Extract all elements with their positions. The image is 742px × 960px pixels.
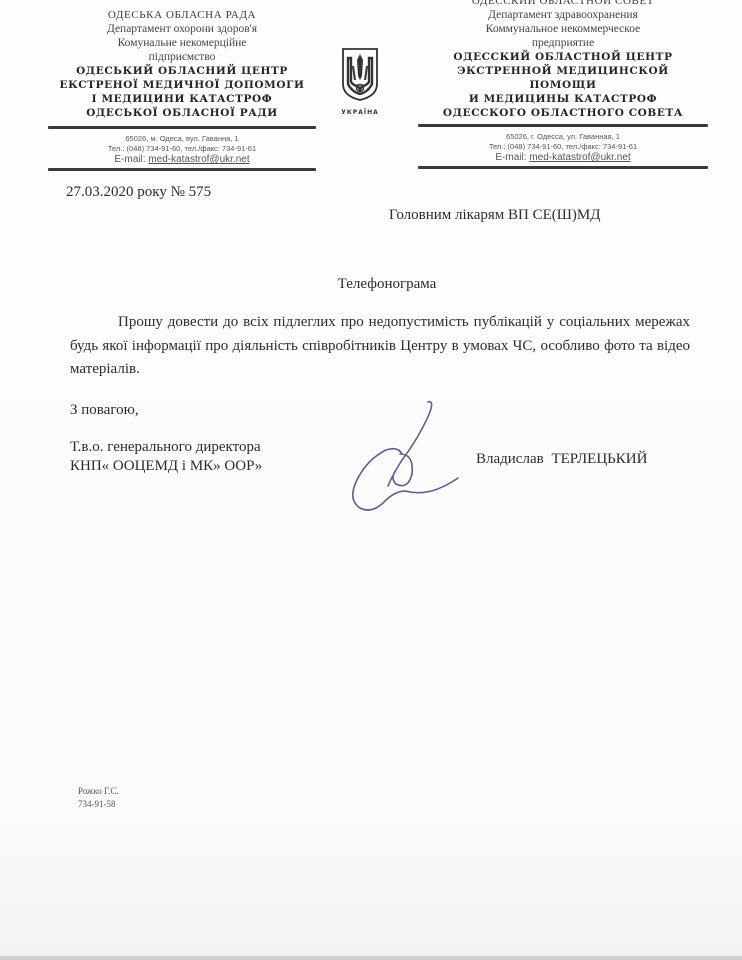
trident-coat-of-arms-icon [340,46,380,102]
department-name-ru: Департамент здравоохранения [418,8,708,22]
page-bottom-edge [0,956,742,960]
org-name-ru-line-5: ОДЕССКОГО ОБЛАСТНОГО СОВЕТА [418,106,708,120]
document-page: ОДЕСЬКА ОБЛАСНА РАДА Департамент охорони… [0,0,742,960]
executor-phone: 734-91-58 [78,798,119,811]
addressee: Головним лікарям ВП СЕ(Ш)МД [389,207,600,224]
email-line-ru: E-mail: med-katastrof@ukr.net [418,152,708,164]
org-name-line-4: ОДЕСЬКОЇ ОБЛАСНОЇ РАДИ [48,106,316,120]
org-name-line-1: ОДЕСЬКИЙ ОБЛАСНИЙ ЦЕНТР [48,64,316,78]
letterhead-divider [418,124,708,127]
email-line: E-mail: med-katastrof@ukr.net [48,154,316,166]
emblem-label: УКРАЇНА [336,109,384,116]
email-label: E-mail: [495,152,526,163]
date-number: 27.03.2020 року № 575 [66,184,211,201]
phone-ru: Тел.: (048) 734-91-60, тел./факс: 734-91… [418,142,708,152]
org-name-line-2: ЕКСТРЕНОЇ МЕДИЧНОЇ ДОПОМОГИ [48,78,316,92]
signer-organization: КНП« ООЦЕМД і МК» ООР» [70,457,262,476]
address-ru: 65026, г. Одесса, ул. Гаванная, 1 [418,132,708,142]
executor-name: Рожко Г.С. [78,785,119,798]
letterhead-right: ОДЕССКИЙ ОБЛАСТНОЙ СОВЕТ Департамент здр… [418,0,708,169]
signer-name: Владислав ТЕРЛЕЦЬКИЙ [476,451,647,468]
email-link[interactable]: med-katastrof@ukr.net [148,154,249,165]
enterprise-type: Комунальне некомерційне [48,36,316,50]
enterprise-type-cont: підприємство [48,50,316,64]
letterhead-divider [48,126,316,129]
executor-info: Рожко Г.С. 734-91-58 [78,785,119,811]
org-name-ru-line-4: И МЕДИЦИНЫ КАТАСТРОФ [418,92,708,106]
email-label: E-mail: [114,154,145,165]
signer-position: Т.в.о. генерального директора [70,438,262,457]
address: 65026, м. Одеса, вул. Гаванна, 1 [48,134,316,144]
phone: Тел.: (048) 734-91-60, тел./факс: 734-91… [48,144,316,154]
signer-title: Т.в.о. генерального директора КНП« ООЦЕМ… [70,438,262,476]
org-name-line-3: І МЕДИЦИНИ КАТАСТРОФ [48,92,316,106]
closing: З повагою, [70,402,139,419]
enterprise-type-ru: Коммунальное некоммерческое [418,22,708,36]
enterprise-type-ru-cont: предприятие [418,36,708,50]
org-name-ru-line-1: ОДЕССКИЙ ОБЛАСТНОЙ ЦЕНТР [418,50,708,64]
council-name-ru: ОДЕССКИЙ ОБЛАСТНОЙ СОВЕТ [418,0,708,8]
org-name-ru-line-3: ПОМОЩИ [418,78,708,92]
department-name: Департамент охорони здоров'я [48,22,316,36]
email-link[interactable]: med-katastrof@ukr.net [529,152,630,163]
letterhead-left: ОДЕСЬКА ОБЛАСНА РАДА Департамент охорони… [48,8,316,171]
letterhead-divider [418,166,708,169]
council-name: ОДЕСЬКА ОБЛАСНА РАДА [48,8,316,22]
document-body: Прошу довести до всіх підлеглих про недо… [70,311,690,382]
letterhead-divider [48,168,316,171]
document-title: Телефонограма [0,276,742,293]
org-name-ru-line-2: ЭКСТРЕННОЙ МЕДИЦИНСКОЙ [418,64,708,78]
emblem: УКРАЇНА [336,46,384,116]
handwritten-signature-icon [340,398,470,513]
